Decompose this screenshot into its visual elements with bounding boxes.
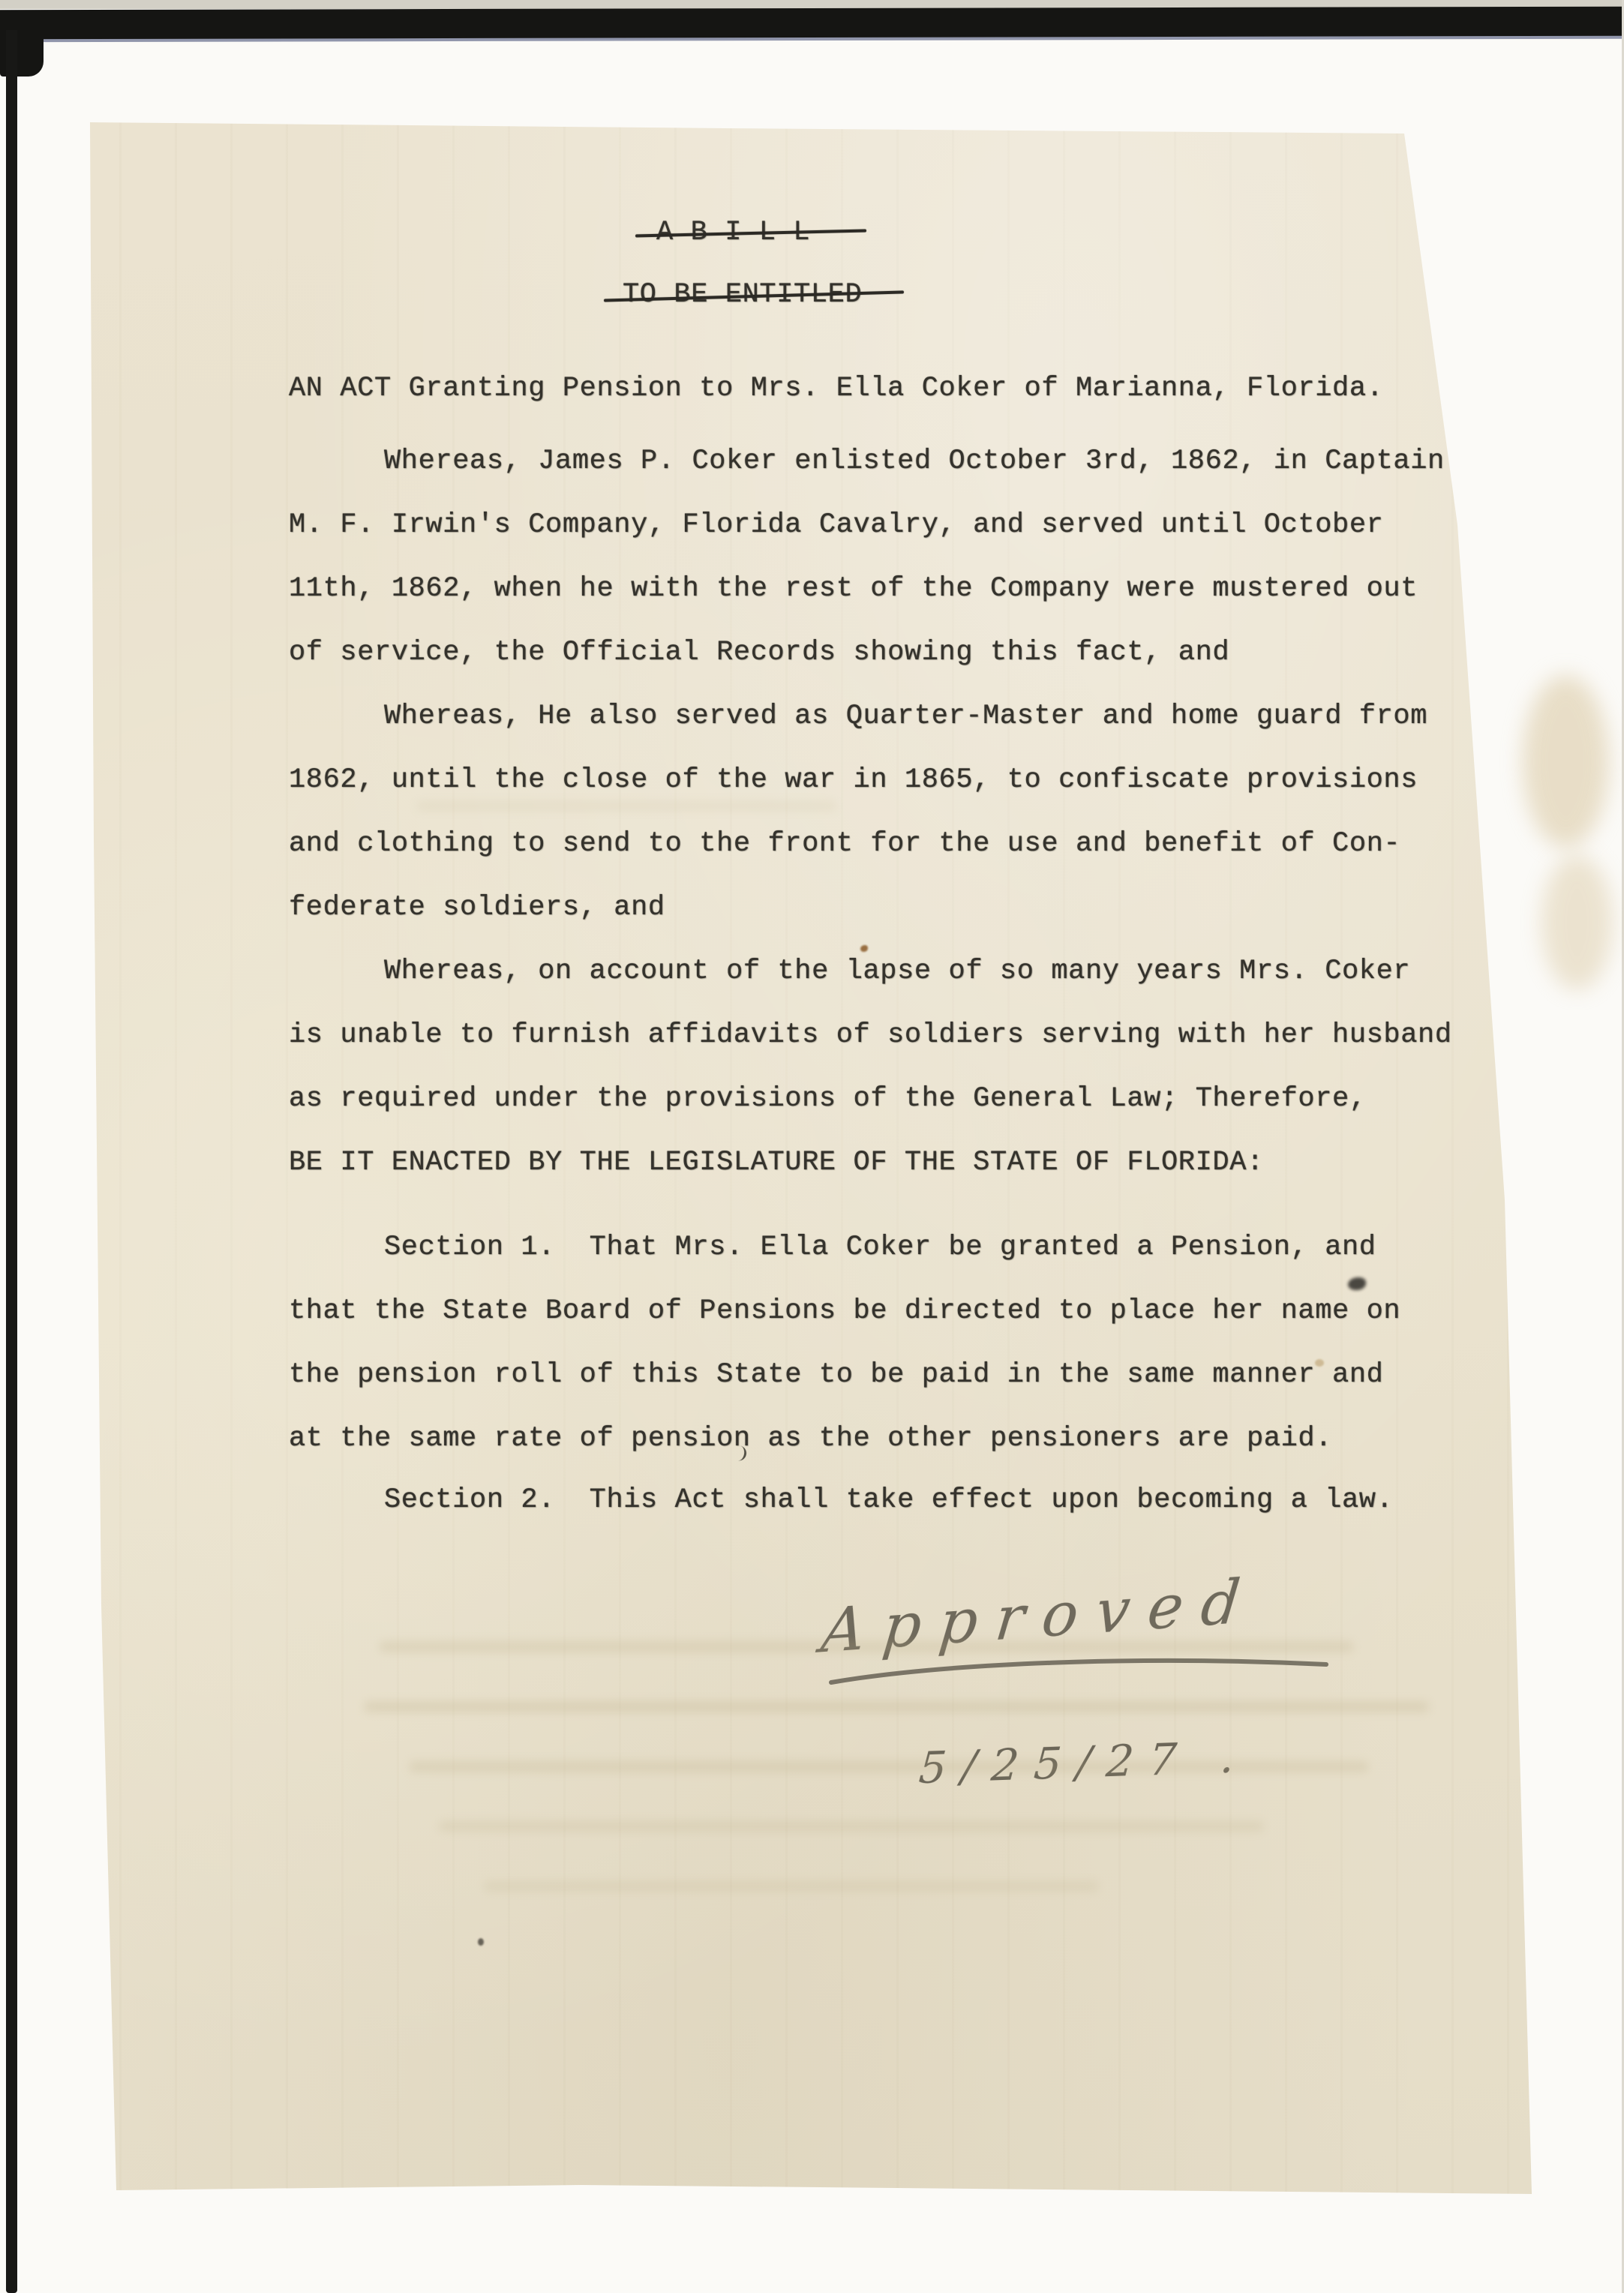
body-line: and clothing to send to the front for th… [289,830,1400,858]
bleed-through-line [439,1821,1264,1832]
scan-black-band [0,7,1624,40]
foxing-spot [1315,1359,1324,1367]
body-line: Whereas, James P. Coker enlisted October… [384,448,1445,476]
scan-stain [1523,675,1609,848]
section-1-line: the pension roll of this State to be pai… [289,1361,1383,1389]
bleed-through-line [416,801,836,811]
bleed-through-line [364,1701,1429,1712]
section-1-line: that the State Board of Pensions be dire… [289,1298,1400,1325]
paper-sheet: A B I L L TO BE ENTITLED AN ACT Granting… [64,120,1545,2201]
ink-speck [478,1938,484,1946]
bleed-through-line [409,1761,1369,1772]
body-line: 1862, until the close of the war in 1865… [289,767,1418,794]
body-line: 11th, 1862, when he with the rest of the… [289,575,1418,603]
act-title: AN ACT Granting Pension to Mrs. Ella Cok… [289,375,1383,403]
body-line: as required under the provisions of the … [289,1085,1367,1113]
bleed-through-line [484,1881,1099,1892]
body-line: of service, the Official Records showing… [289,639,1229,667]
body-line: federate soldiers, and [289,894,665,922]
handwriting-underline-swash [825,1646,1335,1699]
section-1-line: at the same rate of pension as the other… [289,1425,1332,1453]
scan-stain [1541,855,1613,990]
scan-left-edge-bar [6,30,17,2293]
section-1-line: Section 1. That Mrs. Ella Coker be grant… [384,1234,1376,1262]
section-2-line: Section 2. This Act shall take effect up… [384,1487,1393,1514]
body-line: Whereas, on account of the lapse of so m… [384,958,1410,986]
foxing-spot [860,945,868,952]
body-line: M. F. Irwin's Company, Florida Cavalry, … [289,512,1383,539]
body-line: is unable to furnish affidavits of soldi… [289,1022,1452,1049]
bleed-through-line [379,1641,1354,1652]
body-line: Whereas, He also served as Quarter-Maste… [384,703,1427,731]
ink-blot [1348,1277,1366,1290]
scanned-page: A B I L L TO BE ENTITLED AN ACT Granting… [0,0,1624,2293]
enacting-clause: BE IT ENACTED BY THE LEGISLATURE OF THE … [289,1149,1264,1177]
